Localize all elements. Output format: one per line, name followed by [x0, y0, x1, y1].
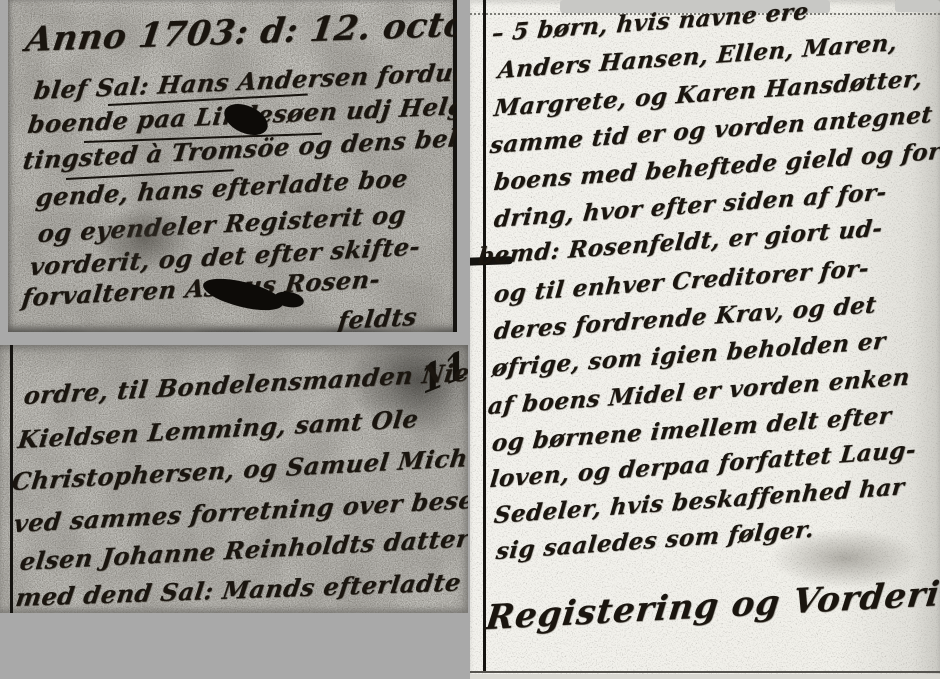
- section-heading: Registering og Vordering: [484, 571, 940, 638]
- handwritten-line: med dend Sal: Mands efterladte: [14, 567, 463, 612]
- handwritten-line: ordre, til Bondelensmanden Niels: [22, 356, 468, 410]
- handwritten-line: Anno 1703: d: 12. octob:: [23, 3, 457, 60]
- panel-right: – 5 børn, hvis navne ere Anders Hansen, …: [470, 0, 940, 679]
- scan-edge-strip: [470, 674, 940, 679]
- panel-bottom-left: 119 ordre, til Bondelensmanden Niels Kie…: [0, 345, 468, 613]
- scan-artifact: [895, 0, 940, 12]
- handwritten-line: feldts: [336, 302, 419, 332]
- margin-rule: [483, 0, 486, 672]
- document-scan: Anno 1703: d: 12. octob: blef Sal: Hans …: [0, 0, 940, 679]
- page-fold-rule: [453, 0, 457, 332]
- scan-edge-line: [470, 671, 940, 673]
- handwritten-line: Kieldsen Lemming, samt Ole: [16, 404, 420, 454]
- panel-top-left: Anno 1703: d: 12. octob: blef Sal: Hans …: [8, 0, 457, 332]
